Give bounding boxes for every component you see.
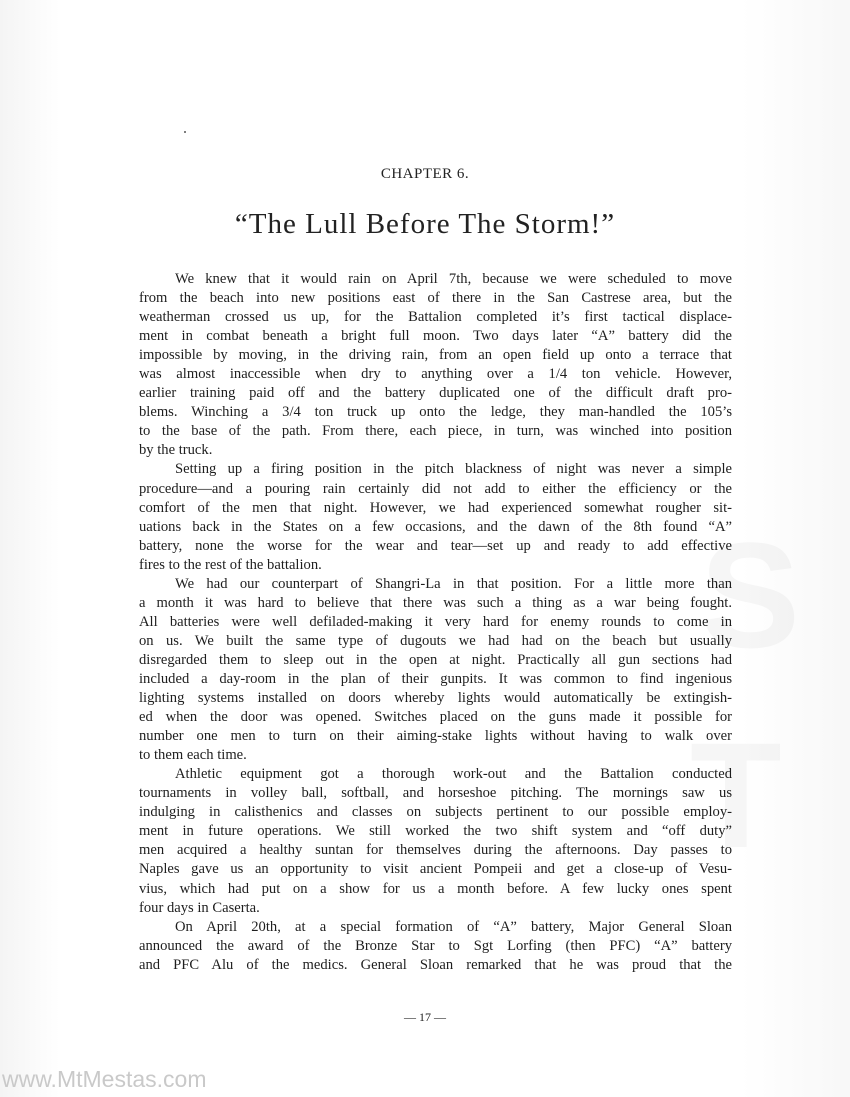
text-line: All batteries were well defiladed-making… [139, 613, 732, 632]
text-line: blems. Winching a 3/4 ton truck up onto … [139, 403, 732, 422]
text-line: announced the award of the Bronze Star t… [139, 937, 732, 956]
paragraph: We had our counterpart of Shangri-La in … [139, 575, 732, 765]
text-line: number one men to turn on their aiming-s… [139, 727, 732, 746]
text-line: fires to the rest of the battalion. [139, 556, 732, 575]
scan-speck [184, 131, 186, 133]
text-line: vius, which had put on a show for us a m… [139, 880, 732, 899]
text-line: four days in Caserta. [139, 899, 732, 918]
text-line: earlier training paid off and the batter… [139, 384, 732, 403]
text-line: to them each time. [139, 746, 732, 765]
text-line: from the beach into new positions east o… [139, 289, 732, 308]
text-line: On April 20th, at a special formation of… [139, 918, 732, 937]
text-line: Athletic equipment got a thorough work-o… [139, 765, 732, 784]
text-line: uations back in the States on a few occa… [139, 518, 732, 537]
body-text: We knew that it would rain on April 7th,… [139, 270, 732, 975]
text-line: and PFC Alu of the medics. General Sloan… [139, 956, 732, 975]
text-line: on us. We built the same type of dugouts… [139, 632, 732, 651]
text-line: to the base of the path. From there, eac… [139, 422, 732, 441]
text-line: ed when the door was opened. Switches pl… [139, 708, 732, 727]
text-line: comfort of the men that night. However, … [139, 499, 732, 518]
paragraph: Athletic equipment got a thorough work-o… [139, 765, 732, 917]
watermark: www.MtMestas.com [2, 1066, 206, 1093]
text-line: Setting up a firing position in the pitc… [139, 460, 732, 479]
text-line: lighting systems installed on doors wher… [139, 689, 732, 708]
text-line: included a day-room in the plan of their… [139, 670, 732, 689]
text-line: impossible by moving, in the driving rai… [139, 346, 732, 365]
text-line: We knew that it would rain on April 7th,… [139, 270, 732, 289]
text-line: a month it was hard to believe that ther… [139, 594, 732, 613]
paragraph: Setting up a firing position in the pitc… [139, 460, 732, 574]
text-line: battery, none the worse for the wear and… [139, 537, 732, 556]
text-line: ment in combat beneath a bright full moo… [139, 327, 732, 346]
text-line: disregarded them to sleep out in the ope… [139, 651, 732, 670]
text-line: Naples gave us an opportunity to visit a… [139, 860, 732, 879]
text-line: weatherman crossed us up, for the Battal… [139, 308, 732, 327]
text-line: We had our counterpart of Shangri-La in … [139, 575, 732, 594]
text-line: procedure—and a pouring rain certainly d… [139, 480, 732, 499]
text-line: ment in future operations. We still work… [139, 822, 732, 841]
chapter-title: “The Lull Before The Storm!” [0, 208, 850, 241]
paragraph: On April 20th, at a special formation of… [139, 918, 732, 975]
text-line: tournaments in volley ball, softball, an… [139, 784, 732, 803]
text-line: indulging in calisthenics and classes on… [139, 803, 732, 822]
chapter-label: CHAPTER 6. [0, 166, 850, 183]
text-line: by the truck. [139, 441, 732, 460]
text-line: was almost inaccessible when dry to anyt… [139, 365, 732, 384]
paragraph: We knew that it would rain on April 7th,… [139, 270, 732, 460]
text-line: men acquired a healthy suntan for themse… [139, 841, 732, 860]
page-number: — 17 — [0, 1010, 850, 1025]
